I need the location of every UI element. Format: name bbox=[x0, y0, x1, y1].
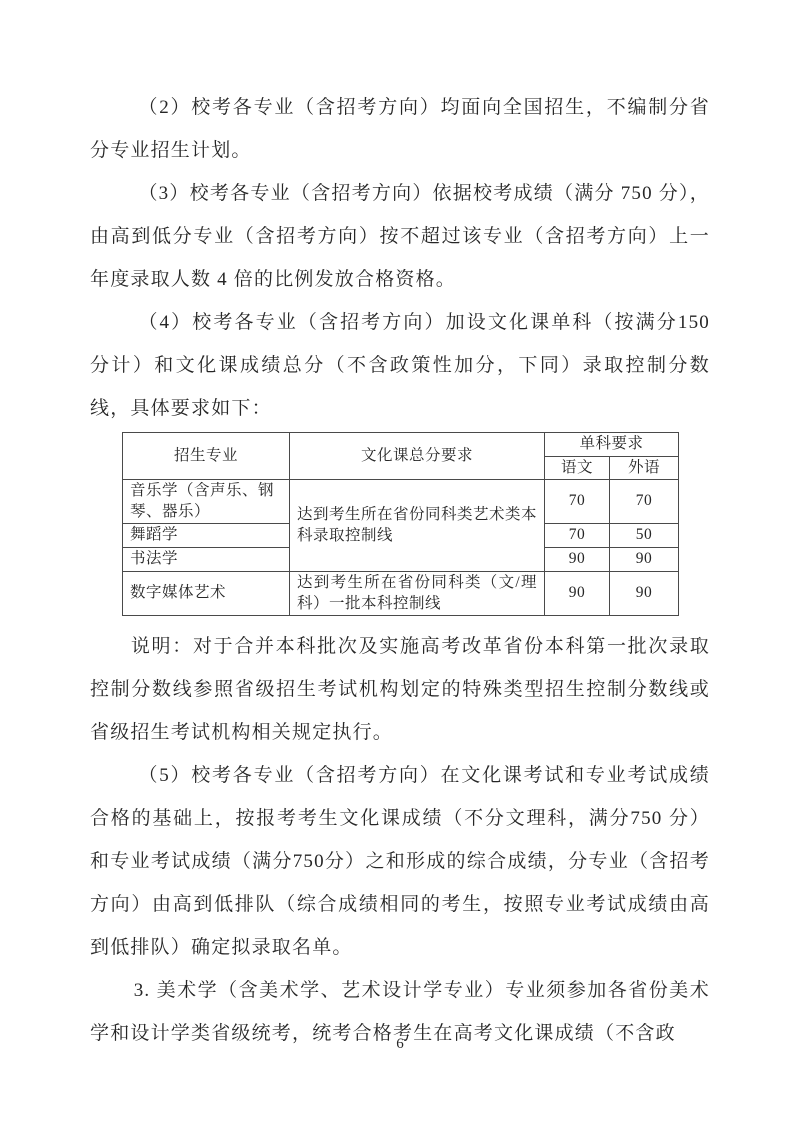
header-chinese: 语文 bbox=[545, 456, 610, 480]
score-musicology-foreign: 70 bbox=[610, 480, 679, 524]
major-musicology: 音乐学（含声乐、钢琴、器乐） bbox=[123, 480, 290, 524]
major-calligraphy: 书法学 bbox=[123, 548, 290, 572]
score-digital-media-chinese: 90 bbox=[545, 572, 610, 616]
table-row: 音乐学（含声乐、钢琴、器乐） 达到考生所在省份同科类艺术类本科录取控制线 70 … bbox=[123, 480, 679, 524]
score-dance-foreign: 50 bbox=[610, 524, 679, 548]
major-dance: 舞蹈学 bbox=[123, 524, 290, 548]
requirement-art-merged: 达到考生所在省份同科类艺术类本科录取控制线 bbox=[290, 480, 545, 572]
page-number: 6 bbox=[0, 1036, 800, 1053]
table-header-row: 招生专业 文化课总分要求 单科要求 bbox=[123, 433, 679, 457]
paragraph-item-2: （2）校考各专业（含招考方向）均面向全国招生，不编制分省分专业招生计划。 bbox=[90, 86, 710, 172]
paragraph-item-4: （4）校考各专业（含招考方向）加设文化课单科（按满分150 分计）和文化课成绩总… bbox=[90, 301, 710, 430]
major-digital-media-art: 数字媒体艺术 bbox=[123, 572, 290, 616]
score-digital-media-foreign: 90 bbox=[610, 572, 679, 616]
header-total-requirement: 文化课总分要求 bbox=[290, 433, 545, 480]
score-dance-chinese: 70 bbox=[545, 524, 610, 548]
table-row: 数字媒体艺术 达到考生所在省份同科类（文/理科）一批本科控制线 90 90 bbox=[123, 572, 679, 616]
score-musicology-chinese: 70 bbox=[545, 480, 610, 524]
requirement-digital-media-art: 达到考生所在省份同科类（文/理科）一批本科控制线 bbox=[290, 572, 545, 616]
paragraph-item-5: （5）校考各专业（含招考方向）在文化课考试和专业考试成绩合格的基础上，按报考考生… bbox=[90, 754, 710, 969]
paragraph-note: 说明：对于合并本科批次及实施高考改革省份本科第一批次录取控制分数线参照省级招生考… bbox=[90, 625, 710, 754]
header-single-subject-group: 单科要求 bbox=[545, 433, 679, 457]
document-page: （2）校考各专业（含招考方向）均面向全国招生，不编制分省分专业招生计划。 （3）… bbox=[0, 0, 800, 1055]
score-calligraphy-chinese: 90 bbox=[545, 548, 610, 572]
header-foreign-language: 外语 bbox=[610, 456, 679, 480]
admission-requirements-table: 招生专业 文化课总分要求 单科要求 语文 外语 音乐学（含声乐、钢琴、器乐） 达… bbox=[122, 432, 679, 616]
header-major: 招生专业 bbox=[123, 433, 290, 480]
paragraph-item-3: （3）校考各专业（含招考方向）依据校考成绩（满分 750 分），由高到低分专业（… bbox=[90, 172, 710, 301]
score-calligraphy-foreign: 90 bbox=[610, 548, 679, 572]
